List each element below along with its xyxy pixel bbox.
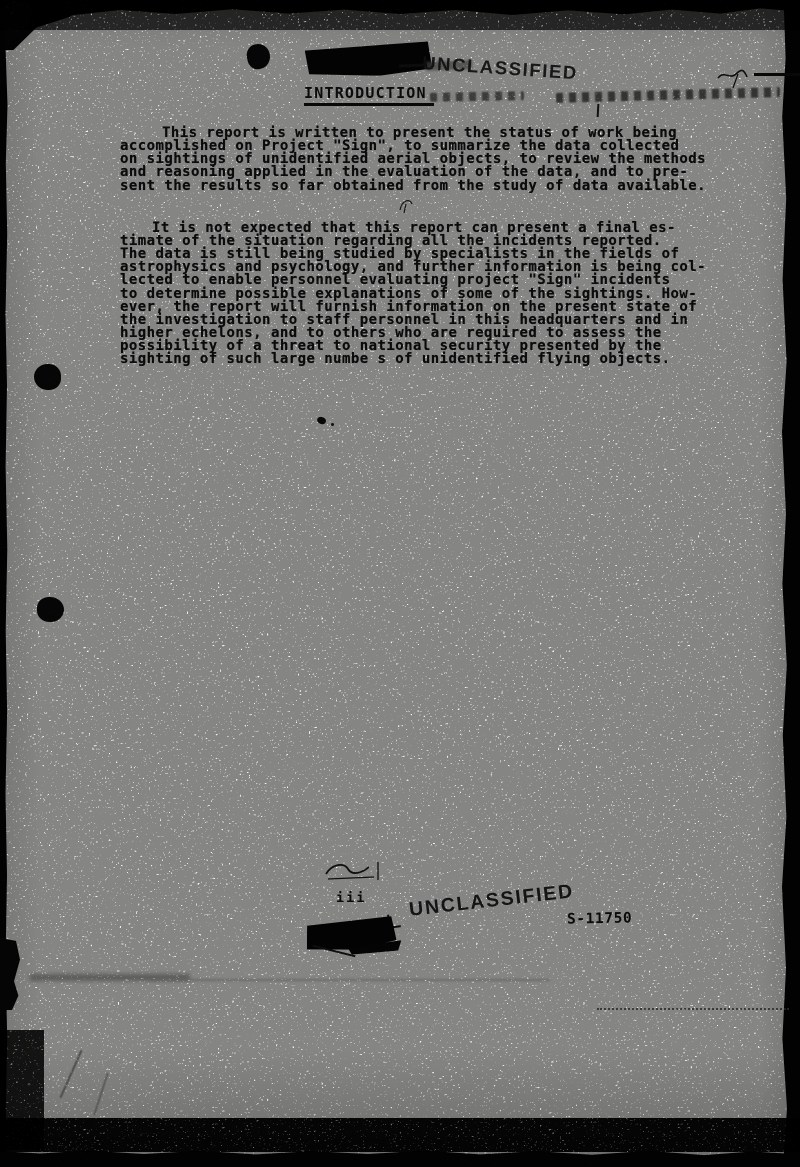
scan-scratch — [60, 1050, 83, 1098]
scan-edge-right — [780, 0, 800, 1167]
pen-check — [396, 196, 418, 214]
unclassified-stamp-bottom: UNCLASSIFIED — [408, 880, 575, 922]
unclassified-stamp-top: UNCLASSIFIED — [422, 52, 579, 84]
scan-dotted-line — [597, 1008, 789, 1010]
document-number: S-11750 — [567, 910, 633, 927]
pen-squiggle — [716, 66, 752, 90]
hole-punch-dot — [37, 597, 64, 622]
paragraph-2: It is not expected that this report can … — [120, 222, 732, 367]
text-line: sighting of such large numbe s of uniden… — [120, 353, 732, 366]
text-line: sent the results so far obtained from th… — [120, 180, 732, 193]
scan-shadow-band — [0, 1116, 800, 1150]
hole-punch-dot — [34, 364, 61, 390]
ink-dot — [245, 42, 273, 71]
ink-smudge — [430, 91, 524, 102]
scan-edge-top — [0, 0, 800, 20]
scan-smudge-line — [150, 979, 550, 981]
section-heading: INTRODUCTION — [304, 84, 434, 106]
pen-scribble — [322, 860, 384, 886]
ink-speck — [316, 415, 327, 425]
body-text: This report is written to present the st… — [120, 127, 732, 396]
page-number: iii — [336, 890, 366, 906]
scan-edge-blob — [0, 938, 20, 1010]
document-page: UNCLASSIFIED INTRODUCTION This report is… — [0, 0, 800, 1167]
scan-edge-bottom — [0, 1149, 800, 1167]
paragraph-1: This report is written to present the st… — [120, 127, 732, 193]
stray-mark — [597, 104, 600, 117]
redaction-bar-top — [305, 41, 433, 77]
ink-speck — [331, 423, 334, 426]
ink-smudge — [556, 87, 780, 103]
stray-line — [754, 73, 800, 76]
scan-scratch — [93, 1073, 108, 1115]
